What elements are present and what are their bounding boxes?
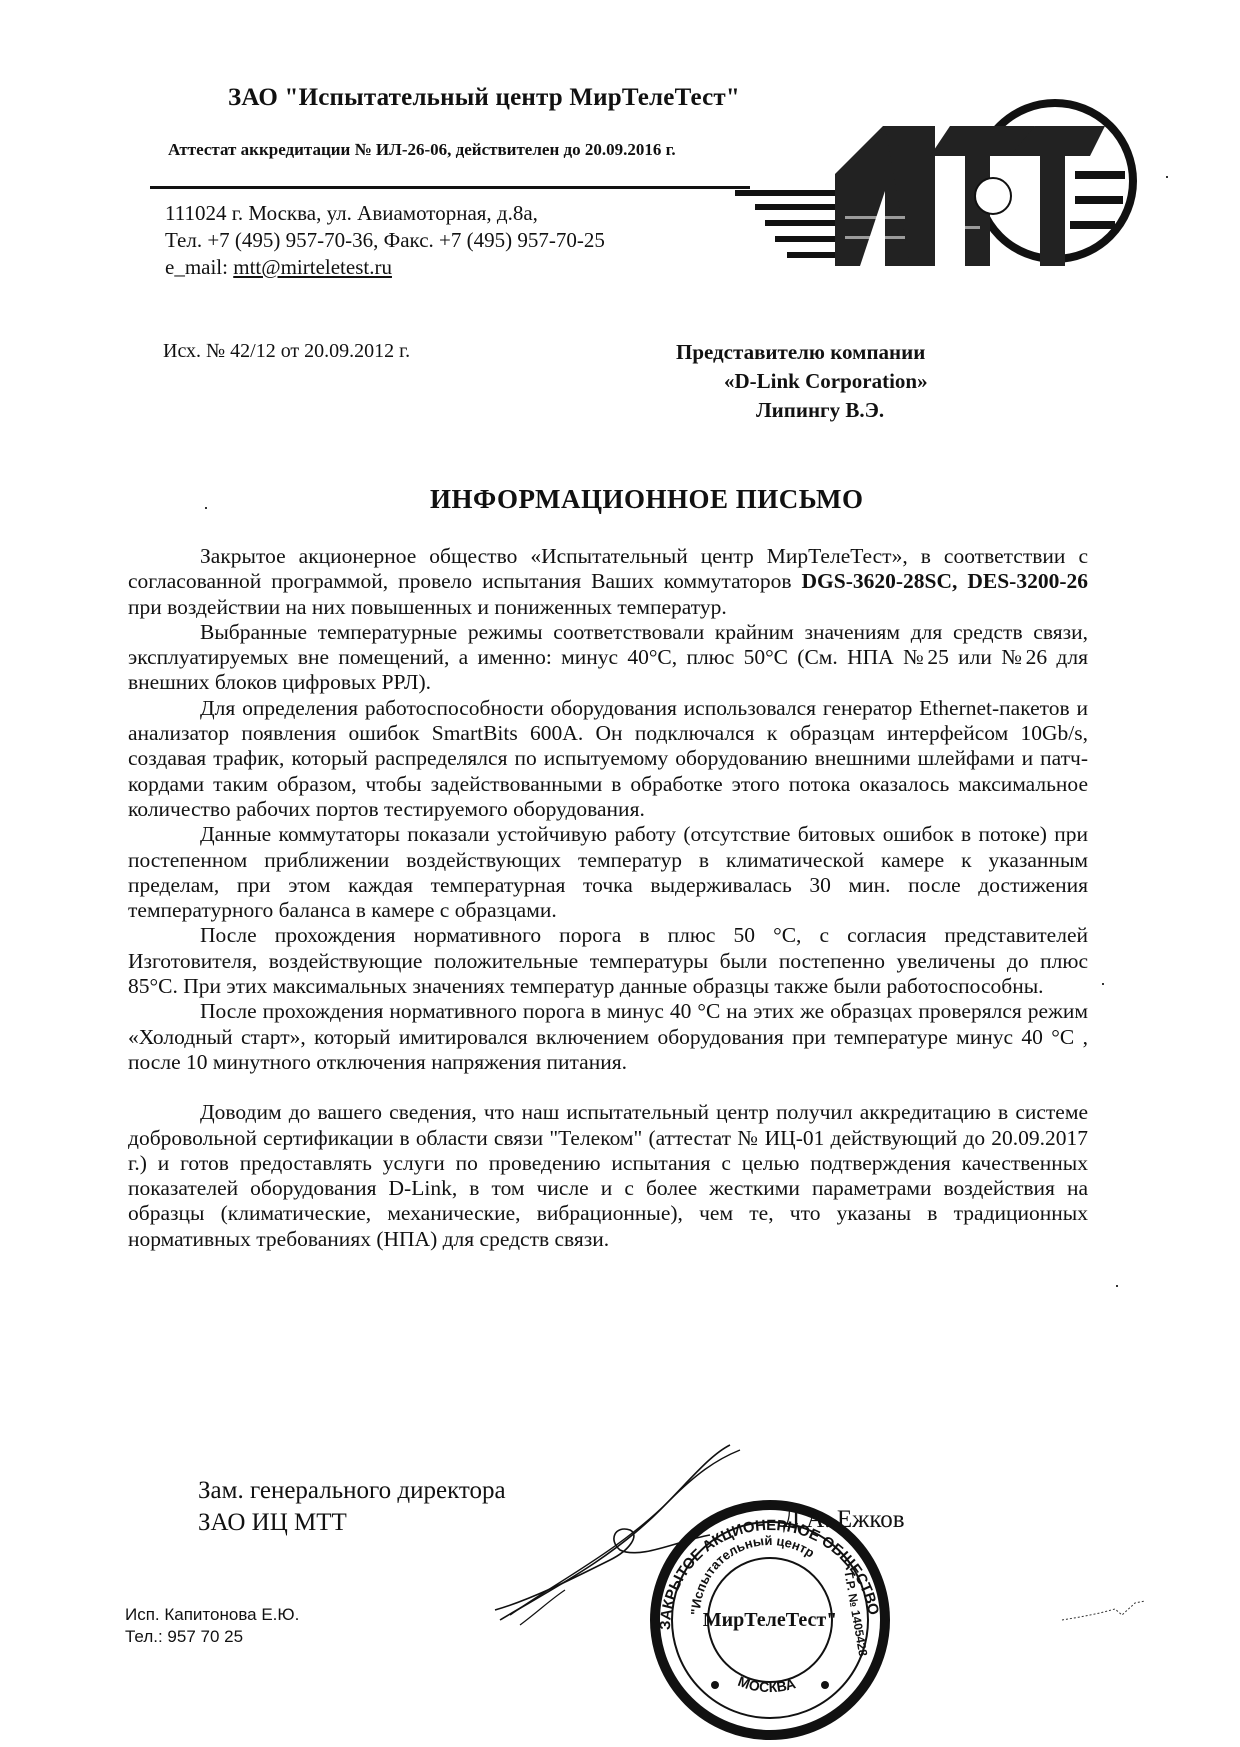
paragraph: Данные коммутаторы показали устойчивую р… (128, 822, 1088, 923)
recipient-name: Липингу В.Э. (676, 396, 928, 425)
header-divider (150, 186, 750, 189)
letter-body: Закрытое акционерное общество «Испытател… (128, 544, 1088, 1252)
device-models: DGS-3620-28SC, DES-3200-26 (802, 569, 1088, 593)
svg-text:МОСКВА: МОСКВА (736, 1673, 797, 1695)
recipient-company: «D-Link Corporation» (676, 367, 928, 396)
handwritten-signature-icon (490, 1440, 750, 1630)
contact-block: 111024 г. Москва, ул. Авиамоторная, д.8а… (165, 200, 605, 281)
margin-mark-icon (1060, 1595, 1150, 1625)
scan-speck (1102, 983, 1104, 985)
email-line: e_mail: mtt@mirteletest.ru (165, 254, 605, 281)
mtt-logo-icon (735, 96, 1145, 271)
paragraph-text: при воздействии на них повышенных и пони… (128, 595, 727, 619)
signatory-position: Зам. генерального директора ЗАО ИЦ МТТ (198, 1475, 506, 1539)
signatory-name: Д.А. Ежков (783, 1506, 905, 1534)
executor-block: Исп. Капитонова Е.Ю. Тел.: 957 70 25 (125, 1604, 299, 1648)
recipient-line: Представителю компании (676, 338, 928, 367)
accreditation-line: Аттестат аккредитации № ИЛ-26-06, действ… (168, 140, 676, 160)
recipient-block: Представителю компании «D-Link Corporati… (676, 338, 928, 425)
email-label: e_mail: (165, 255, 233, 279)
executor-name: Исп. Капитонова Е.Ю. (125, 1604, 299, 1626)
paragraph: Выбранные температурные режимы соответст… (128, 620, 1088, 696)
paragraph: После прохождения нормативного порога в … (128, 999, 1088, 1075)
organization-name: ЗАО "Испытательный центр МирТелеТест" (228, 84, 740, 112)
email-link[interactable]: mtt@mirteletest.ru (233, 255, 392, 279)
paragraph: Для определения работоспособности оборуд… (128, 696, 1088, 822)
scan-speck (1166, 176, 1168, 178)
phone-line: Тел. +7 (495) 957-70-36, Факс. +7 (495) … (165, 227, 605, 254)
executor-phone: Тел.: 957 70 25 (125, 1626, 299, 1648)
paragraph: После прохождения нормативного порога в … (128, 923, 1088, 999)
position-org: ЗАО ИЦ МТТ (198, 1507, 506, 1539)
paragraph: Закрытое акционерное общество «Испытател… (128, 544, 1088, 620)
scan-speck (1116, 1285, 1118, 1287)
scan-speck (205, 507, 207, 509)
document-title: ИНФОРМАЦИОННОЕ ПИСЬМО (430, 484, 864, 515)
position-line: Зам. генерального директора (198, 1475, 506, 1507)
outgoing-reference: Исх. № 42/12 от 20.09.2012 г. (163, 340, 410, 363)
paragraph: Доводим до вашего сведения, что наш испы… (128, 1100, 1088, 1252)
address-line: 111024 г. Москва, ул. Авиамоторная, д.8а… (165, 200, 605, 227)
